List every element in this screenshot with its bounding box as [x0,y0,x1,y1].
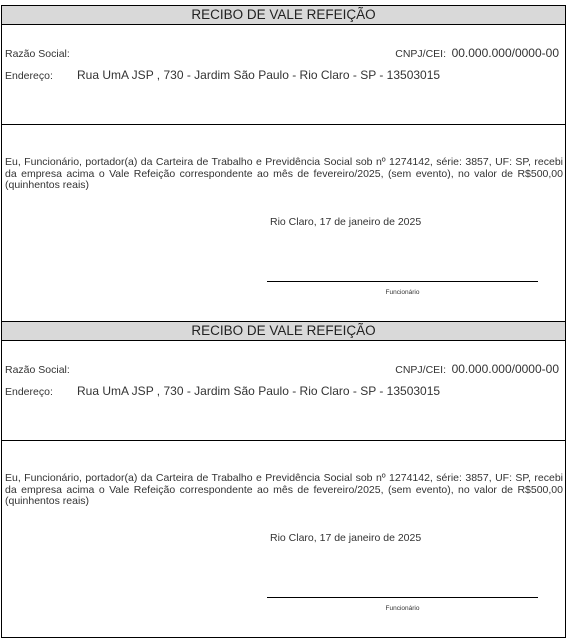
place-date: Rio Claro, 17 de janeiro de 2025 [270,216,421,228]
signature-line [267,281,538,282]
declaration-text: Eu, Funcionário, portador(a) da Carteira… [5,473,563,508]
signature-label: Funcionário [267,289,538,296]
company-info-section: Razão Social: CNPJ/CEI: 00.000.000/0000-… [2,24,565,125]
endereco-label: Endereço: [5,70,53,82]
declaration-text: Eu, Funcionário, portador(a) da Carteira… [5,157,563,192]
company-info-section: Razão Social: CNPJ/CEI: 00.000.000/0000-… [2,340,565,441]
endereco-value: Rua UmA JSP , 730 - Jardim São Paulo - R… [77,68,440,82]
razao-social-label: Razão Social: [5,48,70,60]
receipt-2: RECIBO DE VALE REFEIÇÃO Razão Social: CN… [1,321,566,638]
signature-line [267,597,538,598]
receipt-title: RECIBO DE VALE REFEIÇÃO [2,5,565,25]
receipt-1: RECIBO DE VALE REFEIÇÃO Razão Social: CN… [1,5,566,321]
razao-social-label: Razão Social: [5,364,70,376]
endereco-label: Endereço: [5,386,53,398]
place-date: Rio Claro, 17 de janeiro de 2025 [270,532,421,544]
receipt-title: RECIBO DE VALE REFEIÇÃO [2,321,565,341]
cnpj-value: 00.000.000/0000-00 [452,46,559,60]
signature-label: Funcionário [267,605,538,612]
endereco-value: Rua UmA JSP , 730 - Jardim São Paulo - R… [77,384,440,398]
cnpj-label: CNPJ/CEI: [395,48,446,60]
cnpj-label: CNPJ/CEI: [395,364,446,376]
cnpj-value: 00.000.000/0000-00 [452,362,559,376]
